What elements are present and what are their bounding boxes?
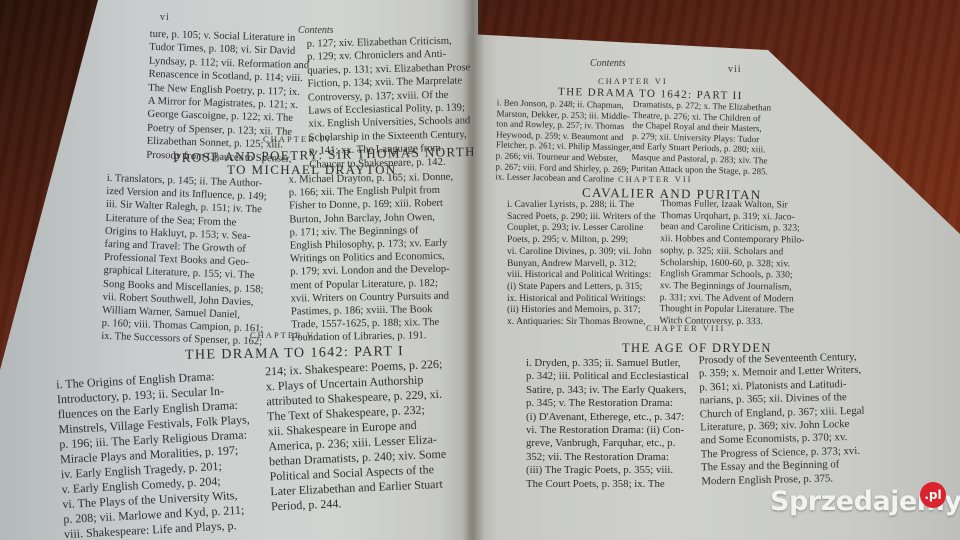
chapter7-column-2: Thomas Fuller, Izaak Walton, SirThomas U…	[659, 198, 835, 329]
chapter5-column-2: 214; ix. Shakespeare: Poems, p. 226;x. P…	[265, 356, 471, 515]
chapter7-column-1: i. Cavalier Lyrists, p. 288; ii. TheSacr…	[507, 199, 675, 328]
chapter7-label: CHAPTER VII	[618, 174, 693, 184]
chapter8-column-2: Prosody of the Seventeenth Century,p. 35…	[699, 350, 917, 489]
chapter5-column-1: i. The Origins of English Drama:Introduc…	[56, 367, 264, 540]
chapter6-column-2: Dramatists, p. 272; x. The ElizabethanTh…	[631, 99, 793, 177]
chapter4-column-1: i. Translators, p. 145; ii. The Author-i…	[101, 172, 287, 350]
toc-line: Bunyan, Andrew Marvell, p. 312;	[507, 258, 675, 270]
watermark-pl-badge: .pl	[920, 482, 946, 508]
toc-line: Couplet, p. 293; iv. Lesser Caroline	[507, 222, 675, 234]
chapter4-label: CHAPTER IV	[263, 134, 333, 144]
toc-line: (ii) Histories and Memoirs, p. 317;	[507, 304, 675, 316]
toc-line: Sacred Poets, p. 290; iii. Writers of th…	[507, 211, 675, 223]
running-head-right: Contents	[590, 58, 626, 69]
chapter4-column-2: x. Michael Drayton, p. 165; xi. Donne,p.…	[289, 170, 467, 345]
toc-line: Poets, p. 295; v. Milton, p. 299;	[507, 234, 675, 246]
toc-line: (i) State Papers and Letters, p. 315;	[507, 281, 675, 293]
chapter6-label: CHAPTER VI	[598, 76, 668, 86]
toc-line: ix. Historical and Political Writings:	[507, 293, 675, 305]
page-number-left: vi	[160, 12, 170, 23]
toc-line: i. Cavalier Lyrists, p. 288; ii. The	[507, 199, 675, 211]
chapter6-column-1: i. Ben Jonson, p. 248; ii. Chapman,Marst…	[495, 97, 647, 185]
chapter5-label: CHAPTER V	[250, 330, 315, 340]
page-number-right: vii	[728, 64, 742, 75]
chapter8-label: CHAPTER VIII	[646, 323, 725, 333]
chapter3-continuation-column-1: ture, p. 105; v. Social Literature inTud…	[146, 28, 308, 166]
toc-line: vi. Caroline Divines, p. 309; vii. John	[507, 246, 675, 258]
toc-line: viii. Historical and Political Writings:	[507, 269, 675, 281]
